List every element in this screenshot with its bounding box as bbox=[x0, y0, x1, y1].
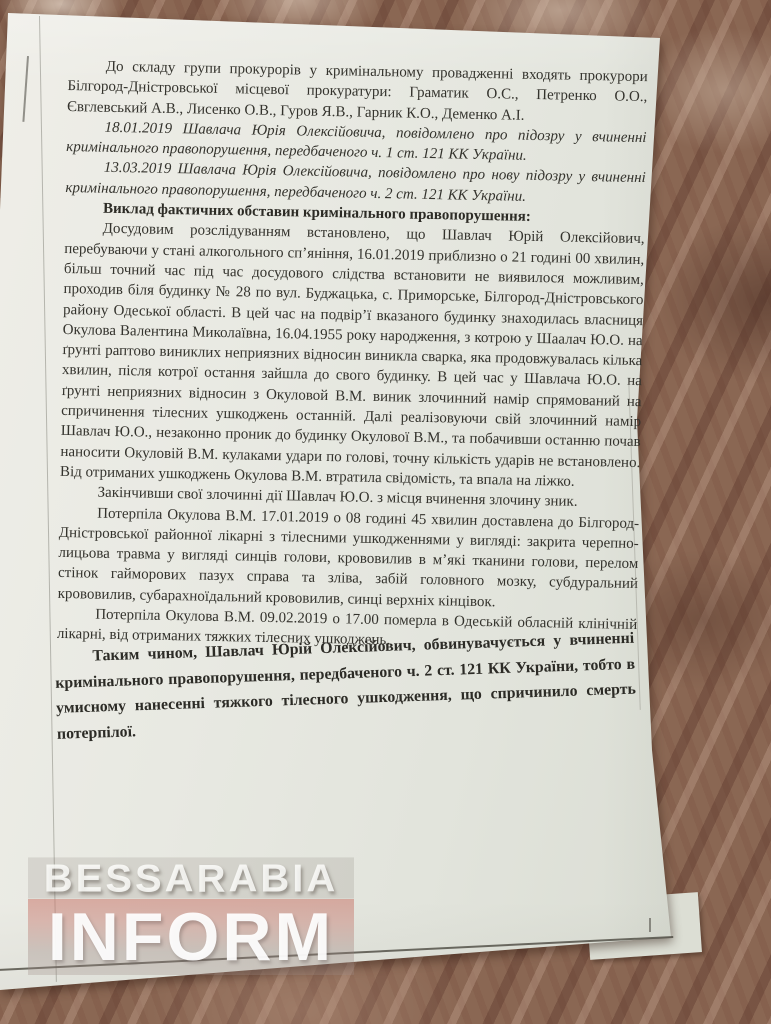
para-facts-body: Досудовим розслідуванням встановлено, що… bbox=[60, 218, 645, 493]
small-tick-mark bbox=[649, 918, 651, 932]
watermark-bessarabia: BESSARABIA bbox=[28, 857, 354, 898]
watermark-inform: INFORM bbox=[28, 899, 354, 975]
photographed-document: До складу групи прокурорів у кримінально… bbox=[0, 0, 771, 1024]
para-prosecutors-list: До складу групи прокурорів у кримінально… bbox=[67, 56, 648, 128]
watermark: BESSARABIA INFORM bbox=[28, 857, 354, 975]
para-accusation: Таким чином, Шавлач Юрій Олексійович, об… bbox=[54, 625, 637, 746]
document-body: До складу групи прокурорів у кримінально… bbox=[55, 56, 648, 758]
para-victim-hospital: Потерпіла Окулова В.М. 17.01.2019 о 08 г… bbox=[57, 502, 639, 615]
